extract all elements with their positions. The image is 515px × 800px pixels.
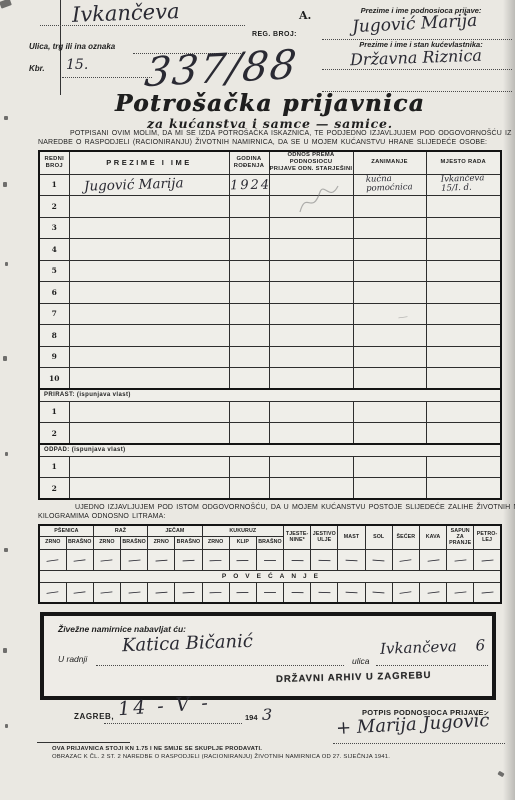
relation-cell — [269, 260, 353, 282]
stock-value-cell: — — [93, 582, 120, 603]
house-number-value: 15. — [66, 57, 88, 73]
workplace-cell — [426, 303, 501, 325]
workplace-cell — [426, 260, 501, 282]
stock-subcolumn-header: ZRNO — [148, 536, 175, 549]
empty-cell — [353, 456, 426, 478]
ration-form-page: Ivkančeva Ulica, trg ili ina oznaka Kbr.… — [0, 0, 515, 800]
signature-line — [333, 742, 505, 744]
relation-cell — [269, 368, 353, 390]
stock-column-header: ŠEĆER — [392, 525, 419, 549]
person-name-cell — [69, 282, 229, 304]
handwritten-dash: — — [480, 586, 494, 600]
stock-subcolumn-header: BRAŠNO — [66, 536, 93, 549]
row-number: 9 — [39, 346, 69, 368]
empty-cell — [426, 478, 501, 500]
footer-line2: OBRAZAC K ČL. 2 ST. 2 NAREDBE O RASPODJE… — [52, 754, 390, 760]
handwritten-value: Ivkančeva 15/I. d. — [441, 174, 485, 194]
archive-stamp: DRŽAVNI ARHIV U ZAGREBU — [276, 670, 432, 685]
section-letter: A. — [299, 9, 311, 22]
reg-broj-label: REG. BROJ: — [252, 31, 297, 38]
handwritten-dash: — — [453, 586, 467, 600]
stock-subcolumn-header: ZRNO — [39, 536, 66, 549]
row-number: 2 — [39, 196, 69, 218]
relation-cell — [269, 217, 353, 239]
handwritten-dash: — — [398, 585, 413, 600]
stock-value-cell: — — [474, 549, 501, 570]
occupation-cell — [353, 303, 426, 325]
stock-value-cell: — — [66, 549, 93, 570]
occupation-cell — [353, 368, 426, 390]
odpad-row: 2 — [39, 478, 501, 500]
birth-year-cell — [229, 282, 269, 304]
prirast-row: 1 — [39, 401, 501, 423]
birth-year-cell — [229, 196, 269, 218]
handwritten-dash: — — [372, 586, 386, 600]
handwritten-dash: — — [263, 554, 276, 567]
handwritten-dash: — — [345, 553, 359, 567]
shop-street-handwritten: Ivkančeva 6 — [380, 636, 486, 658]
stock-value-cell: — — [66, 582, 93, 603]
stock-table: PŠENICARAŽJEČAMKUKURUZTJESTE- NINE*JESTI… — [38, 524, 502, 604]
stock-value-cell: — — [365, 582, 392, 603]
column-header: REDNI BROJ — [39, 151, 69, 174]
footer-line1: OVA PRIJAVNICA STOJI KN 1.75 I NE SMIJE … — [52, 746, 262, 752]
povecanje-row: POVEĆANJE — [39, 570, 501, 582]
empty-cell — [353, 423, 426, 445]
stock-subcolumn-header: ZRNO — [93, 536, 120, 549]
stock-subcolumn-header: ZRNO — [202, 536, 229, 549]
table-row: 5 — [39, 260, 501, 282]
purchase-box: Živežne namirnice nabavljat ću: U radnji… — [40, 612, 496, 700]
person-name-cell — [69, 196, 229, 218]
reg-number-handwritten: 337/88 — [142, 42, 300, 96]
handwritten-dash: — — [345, 586, 359, 600]
stock-column-header: PETRO- LEJ — [474, 525, 501, 549]
stock-value-cell: — — [39, 549, 66, 570]
occupation-cell: kućna pomoćnica — [353, 174, 426, 196]
row-number: 4 — [39, 239, 69, 261]
stock-row-1: ————————————————— — [39, 549, 501, 570]
empty-cell — [269, 456, 353, 478]
stock-value-cell: — — [338, 582, 365, 603]
handwritten-dash: — — [100, 586, 114, 600]
empty-cell — [353, 478, 426, 500]
scan-speck — [497, 771, 504, 777]
person-name-cell — [69, 368, 229, 390]
table-row: 1Jugović Marija1924kućna pomoćnicaIvkanč… — [39, 174, 501, 196]
stock-value-cell: — — [474, 582, 501, 603]
form-title: Potrošačka prijavnica — [0, 90, 515, 117]
shop-label: U radnji — [58, 654, 87, 664]
stock-value-cell: — — [148, 549, 175, 570]
handwritten-dash: — — [154, 553, 168, 567]
workplace-cell — [426, 325, 501, 347]
scan-speck — [5, 262, 8, 266]
stock-column-header: KUKURUZ — [202, 525, 284, 536]
stock-value-cell: — — [121, 582, 148, 603]
empty-cell — [229, 456, 269, 478]
handwritten-dash: — — [45, 585, 60, 600]
stock-subcolumn-header: BRAŠNO — [175, 536, 202, 549]
landlord-line — [322, 68, 512, 70]
handwritten-dash: — — [291, 553, 304, 566]
stock-value-cell: — — [148, 582, 175, 603]
birth-year-cell: 1924 — [229, 174, 269, 196]
workplace-cell — [426, 282, 501, 304]
scan-speck — [4, 548, 8, 552]
stock-column-header: JESTIVO ULJE — [311, 525, 338, 549]
stock-value-cell: — — [419, 582, 446, 603]
empty-cell — [426, 456, 501, 478]
column-header: MJESTO RADA — [426, 151, 501, 174]
person-name-cell — [69, 217, 229, 239]
row-number: 5 — [39, 260, 69, 282]
stock-value-cell: — — [39, 582, 66, 603]
purchase-intro: Živežne namirnice nabavljat ću: — [58, 624, 186, 634]
workplace-cell — [426, 239, 501, 261]
handwritten-dash: — — [100, 553, 114, 567]
city-label: ZAGREB, — [74, 712, 114, 721]
stock-value-cell: — — [202, 582, 229, 603]
table-row: 9 — [39, 346, 501, 368]
empty-cell — [353, 401, 426, 423]
handwritten-dash: — — [182, 586, 196, 600]
table-row: 7 — [39, 303, 501, 325]
row-number: 6 — [39, 282, 69, 304]
handwritten-dash: — — [209, 586, 222, 599]
empty-cell — [69, 478, 229, 500]
stock-column-header: MAST — [338, 525, 365, 549]
column-header: ODNOS PREMA PODNOSIOCU PRIJAVE ODN. STAR… — [269, 151, 353, 174]
workplace-cell — [426, 196, 501, 218]
stock-value-cell: — — [311, 582, 338, 603]
table-row: 8 — [39, 325, 501, 347]
handwritten-dash: — — [426, 553, 440, 567]
handwritten-dash: — — [236, 586, 249, 599]
row-number: 2 — [39, 423, 69, 445]
shop-line — [96, 664, 344, 666]
street-name-handwritten: Ivkančeva — [72, 0, 180, 27]
empty-cell — [426, 423, 501, 445]
stock-value-cell: — — [311, 549, 338, 570]
landlord-name-handwritten: Državna Riznica — [350, 46, 483, 70]
stock-value-cell: — — [175, 582, 202, 603]
birth-year-cell — [229, 346, 269, 368]
year-handwritten: 3 — [262, 705, 272, 724]
birth-year-cell — [229, 303, 269, 325]
handwritten-dash: — — [45, 553, 60, 568]
declaration-line2: NAREDBE O RASPODJELI (RACIONIRANJU) ŽIVO… — [38, 139, 487, 146]
stock-value-cell: — — [229, 549, 256, 570]
workplace-cell: Ivkančeva 15/I. d. — [426, 174, 501, 196]
occupation-cell — [353, 260, 426, 282]
birth-year-cell — [229, 325, 269, 347]
person-name-cell — [69, 346, 229, 368]
shop-name-handwritten: Katica Bičanić — [122, 631, 254, 657]
relation-cell — [269, 346, 353, 368]
table-row: 4 — [39, 239, 501, 261]
row-number: 10 — [39, 368, 69, 390]
handwritten-dash: — — [127, 553, 141, 567]
date-line — [104, 722, 242, 724]
person-name-cell — [69, 325, 229, 347]
relation-cell — [269, 239, 353, 261]
prirast-row: 2 — [39, 423, 501, 445]
handwritten-dash: — — [398, 553, 413, 568]
stock-row-2: ————————————————— — [39, 582, 501, 603]
stock-column-header: SOL — [365, 525, 392, 549]
odpad-label: ODPAD: (ispunjava vlast) — [39, 444, 501, 456]
empty-cell — [229, 478, 269, 500]
prirast-header: PRIRAST: (ispunjava vlast) — [39, 389, 501, 401]
stock-group-row: PŠENICARAŽJEČAMKUKURUZTJESTE- NINE*JESTI… — [39, 525, 501, 536]
persons-table: REDNI BROJPREZIME I IMEGODINA ROĐENJAODN… — [38, 150, 502, 500]
person-name-cell — [69, 239, 229, 261]
handwritten-dash: — — [182, 553, 196, 567]
stock-column-header: PŠENICA — [39, 525, 93, 536]
birth-year-cell — [229, 217, 269, 239]
handwritten-dash: — — [73, 553, 87, 567]
scan-speck — [5, 724, 8, 728]
stock-value-cell: — — [229, 582, 256, 603]
handwritten-value: 1924 — [229, 178, 269, 194]
handwritten-dash: — — [372, 553, 386, 567]
person-name-cell — [69, 260, 229, 282]
stock-value-cell: — — [93, 549, 120, 570]
row-number: 1 — [39, 456, 69, 478]
form-subtitle: za kućanstva i samce — samice. — [0, 116, 515, 131]
workplace-cell — [426, 368, 501, 390]
handwritten-dash: — — [263, 586, 276, 599]
birth-year-cell — [229, 368, 269, 390]
stock-value-cell: — — [392, 582, 419, 603]
stock-value-cell: — — [256, 549, 283, 570]
stock-value-cell: — — [365, 549, 392, 570]
table-row: 10 — [39, 368, 501, 390]
column-header: PREZIME I IME — [69, 151, 229, 174]
shop-street-line — [376, 664, 488, 666]
stock-value-cell: — — [175, 549, 202, 570]
relation-cell — [269, 325, 353, 347]
relation-cell — [269, 303, 353, 325]
row-number: 1 — [39, 174, 69, 196]
year-printed: 194 — [245, 713, 258, 722]
workplace-cell — [426, 217, 501, 239]
handwritten-dash: — — [453, 553, 467, 567]
empty-cell — [229, 401, 269, 423]
stock-declaration-line2: KILOGRAMIMA ODNOSNO LITRAMA: — [38, 513, 166, 520]
stock-value-cell: — — [338, 549, 365, 570]
occupation-cell — [353, 239, 426, 261]
empty-cell — [269, 401, 353, 423]
empty-cell — [269, 478, 353, 500]
scan-speck — [3, 182, 7, 187]
handwritten-dash: — — [209, 553, 222, 566]
table-row: 3 — [39, 217, 501, 239]
stock-value-cell: — — [419, 549, 446, 570]
stock-subcolumn-header: BRAŠNO — [121, 536, 148, 549]
row-number: 2 — [39, 478, 69, 500]
empty-cell — [69, 423, 229, 445]
header-row: REDNI BROJPREZIME I IMEGODINA ROĐENJAODN… — [39, 151, 501, 174]
empty-cell — [69, 456, 229, 478]
stock-value-cell: — — [202, 549, 229, 570]
handwritten-value: kućna pomoćnica — [366, 174, 413, 194]
odpad-row: 1 — [39, 456, 501, 478]
column-header: GODINA ROĐENJA — [229, 151, 269, 174]
street-label: Ulica, trg ili ina oznaka — [29, 42, 115, 51]
stock-column-header: RAŽ — [93, 525, 147, 536]
stock-value-cell: — — [447, 582, 474, 603]
stock-value-cell: — — [284, 582, 311, 603]
handwritten-dash: — — [291, 586, 304, 599]
stock-value-cell: — — [392, 549, 419, 570]
scan-speck — [0, 0, 12, 9]
street-name-line — [40, 24, 245, 26]
occupation-cell — [353, 325, 426, 347]
handwritten-dash: — — [426, 586, 440, 600]
empty-cell — [69, 401, 229, 423]
stock-value-cell: — — [121, 549, 148, 570]
person-name-cell — [69, 303, 229, 325]
stock-column-header: KAVA — [419, 525, 446, 549]
handwritten-dash: — — [480, 553, 494, 567]
occupation-cell — [353, 282, 426, 304]
handwritten-dash: — — [127, 586, 141, 600]
empty-cell — [269, 423, 353, 445]
house-number-line — [62, 76, 152, 78]
empty-cell — [426, 401, 501, 423]
row-number: 7 — [39, 303, 69, 325]
stock-subcolumn-header: KLIP — [229, 536, 256, 549]
person-name-cell: Jugović Marija — [69, 174, 229, 196]
occupation-cell — [353, 196, 426, 218]
odpad-header: ODPAD: (ispunjava vlast) — [39, 444, 501, 456]
workplace-cell — [426, 346, 501, 368]
handwritten-value: Jugović Marija — [83, 175, 183, 194]
handwritten-dash: — — [318, 586, 331, 599]
house-number-label: Kbr. — [29, 64, 45, 73]
footer-rule — [37, 741, 130, 743]
stock-column-header: JEČAM — [148, 525, 202, 536]
stock-value-cell: — — [284, 549, 311, 570]
declaration-line1: POTPISANI OVIM MOLIM, DA MI SE IZDA POTR… — [70, 130, 515, 137]
pencil-scribble — [292, 172, 344, 220]
stock-column-header: SAPUN ZA PRANJE — [447, 525, 474, 549]
occupation-cell — [353, 346, 426, 368]
scan-speck — [5, 452, 8, 456]
handwritten-dash: — — [73, 586, 87, 600]
stock-subcolumn-header: BRAŠNO — [256, 536, 283, 549]
signature-handwritten: + Marija Jugović — [336, 710, 490, 739]
row-number: 1 — [39, 401, 69, 423]
scan-speck — [3, 356, 7, 361]
handwritten-dash: — — [154, 586, 168, 600]
povecanje-label: POVEĆANJE — [39, 570, 501, 582]
stock-declaration-line1: UJEDNO IZJAVLJUJEM POD ISTOM ODGOVORNOŠĆ… — [75, 504, 515, 511]
stock-value-cell: — — [447, 549, 474, 570]
table-row: 6 — [39, 282, 501, 304]
scan-speck — [3, 648, 7, 653]
stock-column-header: TJESTE- NINE* — [284, 525, 311, 549]
birth-year-cell — [229, 239, 269, 261]
table-row: 2 — [39, 196, 501, 218]
handwritten-dash: — — [236, 553, 249, 566]
column-header: ZANIMANJE — [353, 151, 426, 174]
birth-year-cell — [229, 260, 269, 282]
stock-value-cell: — — [256, 582, 283, 603]
handwritten-dash: — — [318, 553, 331, 566]
prirast-label: PRIRAST: (ispunjava vlast) — [39, 389, 501, 401]
row-number: 8 — [39, 325, 69, 347]
relation-cell — [269, 282, 353, 304]
pencil-mark: — — [397, 311, 408, 323]
row-number: 3 — [39, 217, 69, 239]
occupation-cell — [353, 217, 426, 239]
empty-cell — [229, 423, 269, 445]
shop-street-label: ulica — [352, 656, 369, 666]
